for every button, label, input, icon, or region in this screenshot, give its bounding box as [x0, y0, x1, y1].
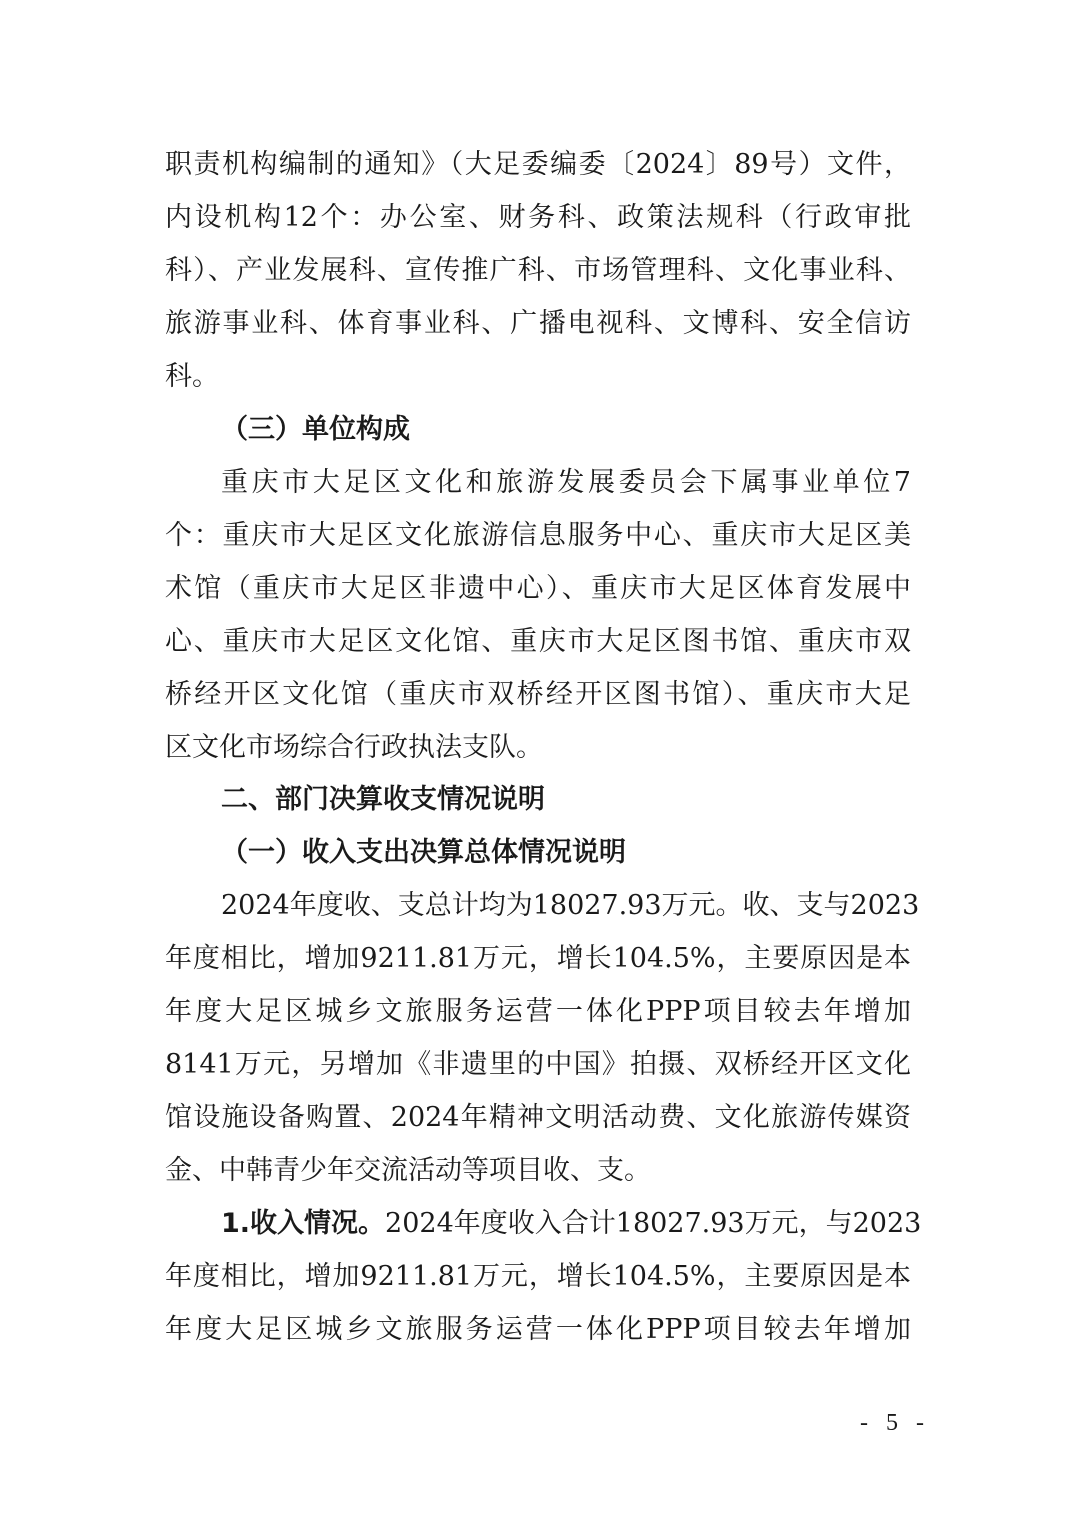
- paragraph-line: 年度大足区城乡文旅服务运营一体化PPP项目较去年增加: [165, 992, 911, 1032]
- paragraph-line: 旅游事业科、体育事业科、广播电视科、文博科、安全信访: [165, 304, 911, 344]
- paragraph-line: 内设机构12个：办公室、财务科、政策法规科（行政审批: [165, 198, 911, 238]
- paragraph-line: 心、重庆市大足区文化馆、重庆市大足区图书馆、重庆市双: [165, 622, 911, 662]
- paragraph-line: 重庆市大足区文化和旅游发展委员会下属事业单位7: [221, 463, 911, 503]
- income-lead-text: 2024年度收入合计18027.93万元，与2023: [385, 1204, 921, 1244]
- paragraph-line: 2024年度收、支总计均为18027.93万元。收、支与2023: [221, 886, 911, 926]
- section-heading-units: （三）单位构成: [221, 410, 911, 450]
- paragraph-line: 馆设施设备购置、2024年精神文明活动费、文化旅游传媒资: [165, 1098, 911, 1138]
- paragraph-line: 科。: [165, 357, 911, 397]
- paragraph-line-income-lead: 1.收入情况。2024年度收入合计18027.93万元，与2023: [221, 1204, 911, 1244]
- paragraph-line: 桥经开区文化馆（重庆市双桥经开区图书馆）、重庆市大足: [165, 675, 911, 715]
- paragraph-line: 金、中韩青少年交流活动等项目收、支。: [165, 1151, 911, 1191]
- document-page: 职责机构编制的通知》（大足委编委〔2024〕89号）文件， 内设机构12个：办公…: [0, 0, 1075, 1520]
- paragraph-line: 个：重庆市大足区文化旅游信息服务中心、重庆市大足区美: [165, 516, 911, 556]
- income-lead-label: 1.收入情况。: [221, 1204, 385, 1244]
- paragraph-line: 年度相比，增加9211.81万元，增长104.5%，主要原因是本: [165, 939, 911, 979]
- paragraph-line: 科）、产业发展科、宣传推广科、市场管理科、文化事业科、: [165, 251, 911, 291]
- paragraph-line: 职责机构编制的通知》（大足委编委〔2024〕89号）文件，: [165, 145, 911, 185]
- page-number: - 5 -: [860, 1410, 930, 1437]
- paragraph-line: 区文化市场综合行政执法支队。: [165, 728, 911, 768]
- subsection-heading-overview: （一）收入支出决算总体情况说明: [221, 833, 911, 873]
- section-heading-two: 二、部门决算收支情况说明: [221, 780, 911, 820]
- paragraph-line: 年度相比，增加9211.81万元，增长104.5%，主要原因是本: [165, 1257, 911, 1297]
- paragraph-line: 术馆（重庆市大足区非遗中心）、重庆市大足区体育发展中: [165, 569, 911, 609]
- paragraph-line: 8141万元，另增加《非遗里的中国》拍摄、双桥经开区文化: [165, 1045, 911, 1085]
- paragraph-line: 年度大足区城乡文旅服务运营一体化PPP项目较去年增加: [165, 1310, 911, 1350]
